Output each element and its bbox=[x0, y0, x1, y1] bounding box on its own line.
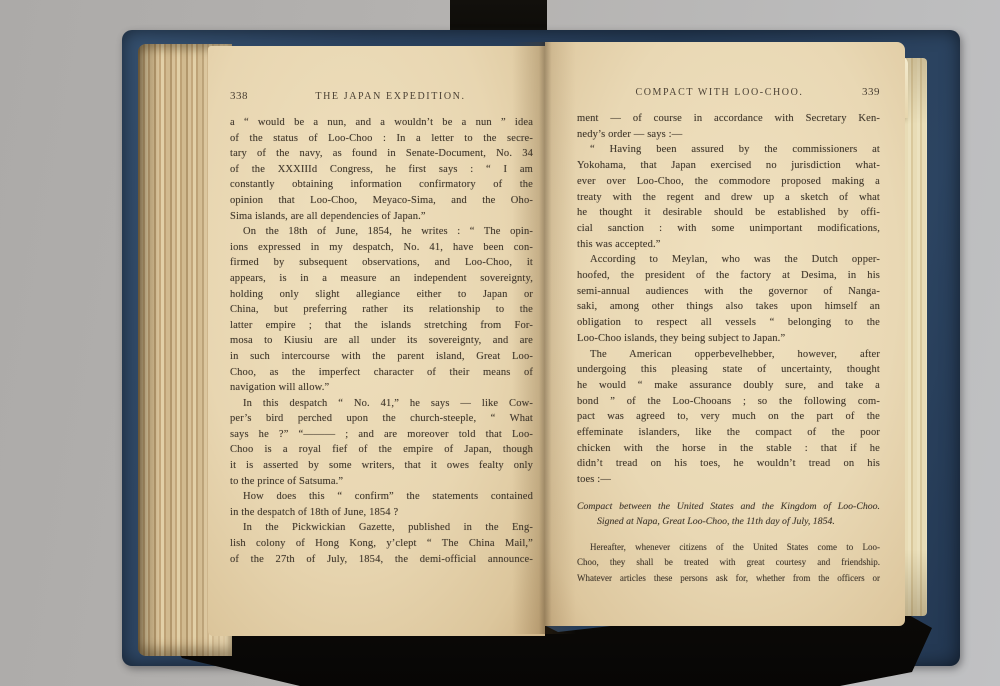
text-line: Choo, as the imperfect character of thei… bbox=[230, 365, 533, 381]
text-line: he would “ make assurance doubly sure, a… bbox=[577, 378, 880, 394]
text-line: in the despatch of 18th of June, 1854 ? bbox=[230, 505, 533, 521]
text-line: holding only slight allegiance either to… bbox=[230, 287, 533, 303]
text-line: says he ?” “——— ; and are moreover told … bbox=[230, 427, 533, 443]
text-line: lish colony of Hong Kong, y’clept “ The … bbox=[230, 536, 533, 552]
text-line: he thought it desirable should be establ… bbox=[577, 205, 880, 221]
text-line: saki, among other things also takes upon… bbox=[577, 299, 880, 315]
text-line: of the XXXIIId Congress, he first says :… bbox=[230, 162, 533, 178]
left-running-head: THE JAPAN EXPEDITION. bbox=[248, 91, 533, 102]
text-line: latter empire ; that the islands stretch… bbox=[230, 318, 533, 334]
text-line: it is asserted by some writers, that it … bbox=[230, 458, 533, 474]
left-running-head-row: 338 THE JAPAN EXPEDITION. bbox=[230, 90, 533, 102]
left-page-body: a “ would be a nun, and a wouldn’t be a … bbox=[230, 115, 533, 567]
text-line: On the 18th of June, 1854, he writes : “… bbox=[230, 224, 533, 240]
text-line: a “ would be a nun, and a wouldn’t be a … bbox=[230, 115, 533, 131]
text-line: effeminate islanders, like the compact o… bbox=[577, 425, 880, 441]
compact-body: Hereafter, whenever citizens of the Unit… bbox=[577, 540, 880, 586]
text-line: in such intercourse with the parent isla… bbox=[230, 349, 533, 365]
right-running-head-row: COMPACT WITH LOO-CHOO. 339 bbox=[577, 86, 880, 98]
text-line: navigation will allow.” bbox=[230, 380, 533, 396]
text-line: In this despatch “ No. 41,” he says — li… bbox=[230, 396, 533, 412]
text-line: firmed by subsequent observations, and L… bbox=[230, 255, 533, 271]
right-page-number: 339 bbox=[862, 86, 880, 98]
text-line: The American opperbevelhebber, however, … bbox=[577, 347, 880, 363]
text-line: of the status of Loo-Choo : In a letter … bbox=[230, 131, 533, 147]
text-line: China, but preferring rather its relatio… bbox=[230, 302, 533, 318]
text-line: per’s bird perched upon the church-steep… bbox=[230, 411, 533, 427]
text-line: toes :— bbox=[577, 472, 880, 488]
text-line: According to Meylan, who was the Dutch o… bbox=[577, 252, 880, 268]
text-line: tary of the navy, as found in Senate-Doc… bbox=[230, 146, 533, 162]
right-running-head: COMPACT WITH LOO-CHOO. bbox=[577, 87, 862, 98]
text-line: Yokohama, that Japan exercised no jurisd… bbox=[577, 158, 880, 174]
text-line: Choo, they shall be treated with great c… bbox=[577, 555, 880, 570]
text-line: Loo-Choo islands, they being subject to … bbox=[577, 331, 880, 347]
text-line: Signed at Napa, Great Loo-Choo, the 11th… bbox=[577, 514, 880, 529]
text-line: opinion that Loo-Choo, Meyaco-Sima, and … bbox=[230, 193, 533, 209]
text-line: appears, is in a measure an independent … bbox=[230, 271, 533, 287]
text-line: “ Having been assured by the commissione… bbox=[577, 142, 880, 158]
text-line: chicken with the horse in the stable : t… bbox=[577, 441, 880, 457]
text-line: Whatever articles these persons ask for,… bbox=[577, 571, 880, 586]
text-line: undergoing this pleasing state of uncert… bbox=[577, 362, 880, 378]
left-page-number: 338 bbox=[230, 90, 248, 102]
compact-title: Compact between the United States and th… bbox=[577, 499, 880, 529]
text-line: Sima islands, are all dependencies of Ja… bbox=[230, 209, 533, 225]
text-line: to the prince of Satsuma.” bbox=[230, 474, 533, 490]
right-page-body: ment — of course in accordance with Secr… bbox=[577, 111, 880, 488]
text-line: treaty with the regent and drew up a ske… bbox=[577, 190, 880, 206]
text-line: of the 27th of July, 1854, the demi-offi… bbox=[230, 552, 533, 568]
text-line: this was accepted.” bbox=[577, 237, 880, 253]
text-line: How does this “ confirm” the statements … bbox=[230, 489, 533, 505]
text-line: In the Pickwickian Gazette, published in… bbox=[230, 520, 533, 536]
text-line: ever over Loo-Choo, the commodore propos… bbox=[577, 174, 880, 190]
text-line: ions expressed in my despatch, No. 41, h… bbox=[230, 240, 533, 256]
text-line: cial sanction : with some unimportant mo… bbox=[577, 221, 880, 237]
text-line: nedy’s order — says :— bbox=[577, 127, 880, 143]
left-page-text: 338 THE JAPAN EXPEDITION. a “ would be a… bbox=[230, 90, 533, 567]
text-line: Hereafter, whenever citizens of the Unit… bbox=[577, 540, 880, 555]
text-line: ment — of course in accordance with Secr… bbox=[577, 111, 880, 127]
text-line: mosa to Kiusiu are all under its soverei… bbox=[230, 333, 533, 349]
text-line: pact was agreed to, very much on the par… bbox=[577, 409, 880, 425]
text-line: Compact between the United States and th… bbox=[577, 499, 880, 514]
text-line: obligation to respect all vessels “ belo… bbox=[577, 315, 880, 331]
text-line: hoofed, the president of the factory at … bbox=[577, 268, 880, 284]
right-page-text: COMPACT WITH LOO-CHOO. 339 ment — of cou… bbox=[577, 86, 880, 586]
text-line: semi-annual audiences with the governor … bbox=[577, 284, 880, 300]
text-line: bond ” of the Loo-Chooans ; so the follo… bbox=[577, 394, 880, 410]
text-line: didn’t tread on his toes, he wouldn’t tr… bbox=[577, 456, 880, 472]
text-line: constantly obtaining information confirm… bbox=[230, 177, 533, 193]
text-line: Choo is a royal fief of the empire of Ja… bbox=[230, 442, 533, 458]
